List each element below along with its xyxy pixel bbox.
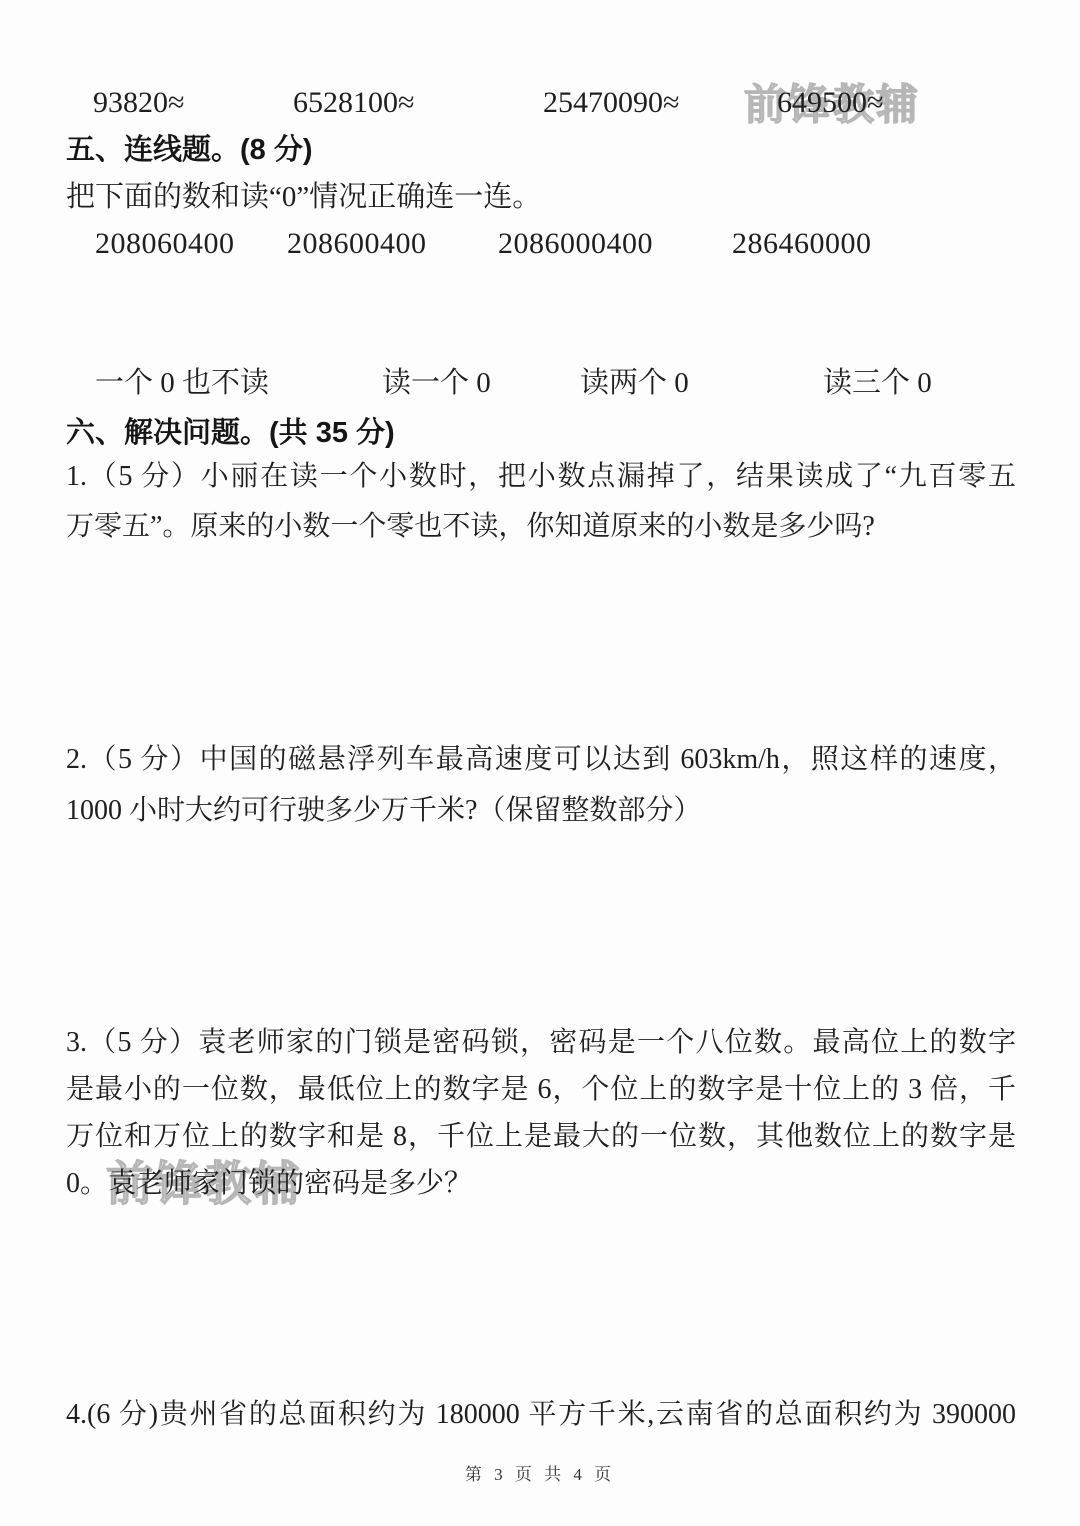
match-reading-label-4: 读三个 0 xyxy=(823,360,932,401)
problem-line: 4.(6 分)贵州省的总面积约为 180000 平方千米,云南省的总面积约为 3… xyxy=(66,1397,1016,1433)
match-reading-label-2: 读一个 0 xyxy=(382,360,491,401)
match-reading-label-3: 读两个 0 xyxy=(580,360,689,401)
section5-instruction: 把下面的数和读“0”情况正确连一连。 xyxy=(66,174,541,215)
match-reading-label-1: 一个 0 也不读 xyxy=(95,360,269,401)
problem-line: 0。袁老师家门锁的密码是多少？ xyxy=(66,1160,1016,1207)
problem-2: 2.（5 分）中国的磁悬浮列车最高速度可以达到 603km/h，照这样的速度， … xyxy=(66,734,1016,836)
problem-4: 4.(6 分)贵州省的总面积约为 180000 平方千米,云南省的总面积约为 3… xyxy=(66,1397,1016,1433)
problem-line: 2.（5 分）中国的磁悬浮列车最高速度可以达到 603km/h，照这样的速度， xyxy=(66,734,1016,785)
match-number-4: 286460000 xyxy=(732,227,872,261)
problem-line: 1000 小时大约可行驶多少万千米?（保留整数部分） xyxy=(66,785,1016,836)
problem-3: 3.（5 分）袁老师家的门锁是密码锁，密码是一个八位数。最高位上的数字 是最小的… xyxy=(66,1019,1016,1207)
problem-line: 1.（5 分）小丽在读一个小数时，把小数点漏掉了，结果读成了“九百零五 xyxy=(66,452,1016,502)
problem-line: 万零五”。原来的小数一个零也不读，你知道原来的小数是多少吗? xyxy=(66,502,1016,552)
page-footer: 第 3 页 共 4 页 xyxy=(0,1460,1080,1485)
match-number-1: 208060400 xyxy=(95,227,235,261)
section5-heading: 五、连线题。(8 分) xyxy=(66,127,313,168)
approximation-item-2: 6528100≈ xyxy=(293,86,414,120)
problem-line: 万位和万位上的数字和是 8，千位上是最大的一位数，其他数位上的数字是 xyxy=(66,1113,1016,1160)
section6-heading: 六、解决问题。(共 35 分) xyxy=(66,410,395,451)
problem-1: 1.（5 分）小丽在读一个小数时，把小数点漏掉了，结果读成了“九百零五 万零五”… xyxy=(66,452,1016,552)
problem-line: 3.（5 分）袁老师家的门锁是密码锁，密码是一个八位数。最高位上的数字 xyxy=(66,1019,1016,1066)
approximation-item-1: 93820≈ xyxy=(93,86,184,120)
match-number-3: 2086000400 xyxy=(498,227,653,261)
approximation-item-4: 649500≈ xyxy=(777,86,883,120)
approximation-item-3: 25470090≈ xyxy=(543,86,679,120)
worksheet-page: 前锋教辅 前锋教辅 93820≈ 6528100≈ 25470090≈ 6495… xyxy=(0,0,1080,1526)
match-number-2: 208600400 xyxy=(287,227,427,261)
problem-line: 是最小的一位数，最低位上的数字是 6，个位上的数字是十位上的 3 倍，千 xyxy=(66,1066,1016,1113)
